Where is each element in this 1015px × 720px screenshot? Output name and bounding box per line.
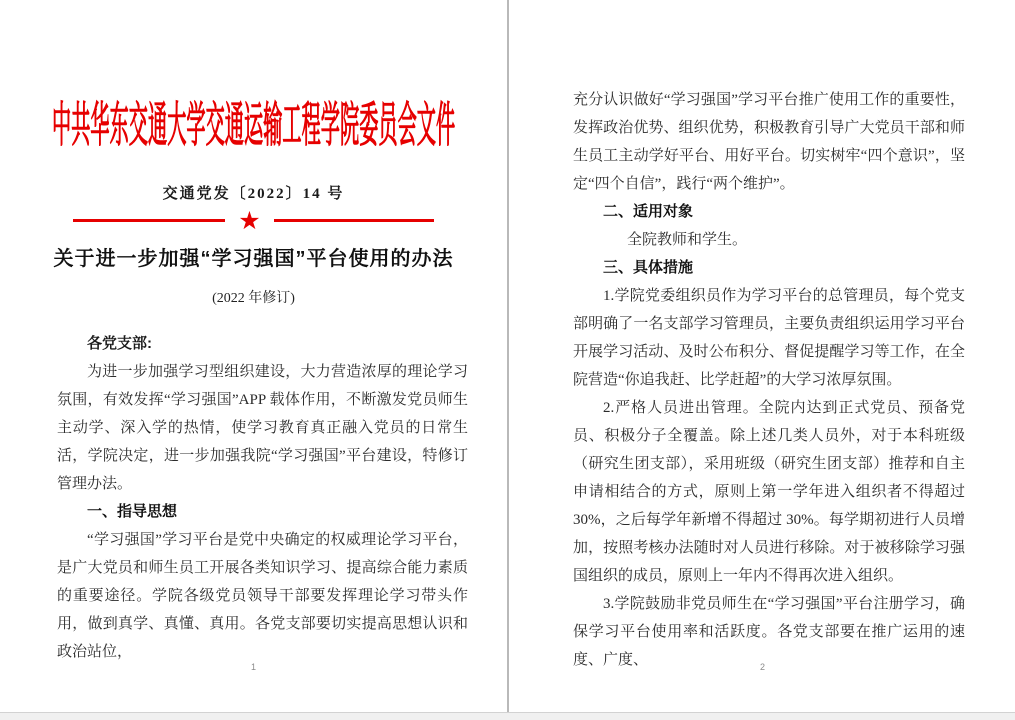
page-2-body: 充分认识做好“学习强国”学习平台推广使用工作的重要性，发挥政治优势、组织优势，积… <box>573 86 965 674</box>
page-2: 充分认识做好“学习强国”学习平台推广使用工作的重要性，发挥政治优势、组织优势，积… <box>509 0 1015 712</box>
section-heading-applicable-targets: 二、适用对象 <box>573 198 965 226</box>
paragraph-guiding-thought: “学习强国”学习平台是党中央确定的权威理论学习平台，是广大党员和师生员工开展各类… <box>57 526 468 666</box>
paragraph-scope: 全院教师和学生。 <box>573 226 965 254</box>
section-heading-guiding-thought: 一、指导思想 <box>57 498 468 526</box>
section-heading-specific-measures: 三、具体措施 <box>573 254 965 282</box>
page-1: 中共华东交通大学交通运输工程学院委员会文件 交通党发〔2022〕14 号 ★ 关… <box>0 0 507 712</box>
rule-line-left <box>73 219 225 222</box>
page-number-2: 2 <box>509 662 1015 672</box>
paragraph-measure-2: 2.严格人员进出管理。全院内达到正式党员、预备党员、积极分子全覆盖。除上述几类人… <box>573 394 965 590</box>
page-1-body: 各党支部: 为进一步加强学习型组织建设，大力营造浓厚的理论学习氛围，有效发挥“学… <box>57 330 468 666</box>
rule-line-right <box>274 219 434 222</box>
red-header-title: 中共华东交通大学交通运输工程学院委员会文件 <box>52 102 455 150</box>
star-icon: ★ <box>238 208 260 233</box>
page-bottom-edge <box>0 712 1015 720</box>
salutation: 各党支部: <box>57 330 468 358</box>
revision-note: (2022 年修订) <box>0 287 507 307</box>
document-canvas: 中共华东交通大学交通运输工程学院委员会文件 交通党发〔2022〕14 号 ★ 关… <box>0 0 1015 720</box>
paragraph-intro: 为进一步加强学习型组织建设，大力营造浓厚的理论学习氛围，有效发挥“学习强国”AP… <box>57 358 468 498</box>
page-number-1: 1 <box>0 662 507 672</box>
document-title: 关于进一步加强“学习强国”平台使用的办法 <box>0 242 507 271</box>
doc-number: 交通党发〔2022〕14 号 <box>0 182 507 203</box>
paragraph-measure-1: 1.学院党委组织员作为学习平台的总管理员，每个党支部明确了一名支部学习管理员，主… <box>573 282 965 394</box>
paragraph-continuation: 充分认识做好“学习强国”学习平台推广使用工作的重要性，发挥政治优势、组织优势，积… <box>573 86 965 198</box>
red-rule: ★ <box>0 208 507 232</box>
